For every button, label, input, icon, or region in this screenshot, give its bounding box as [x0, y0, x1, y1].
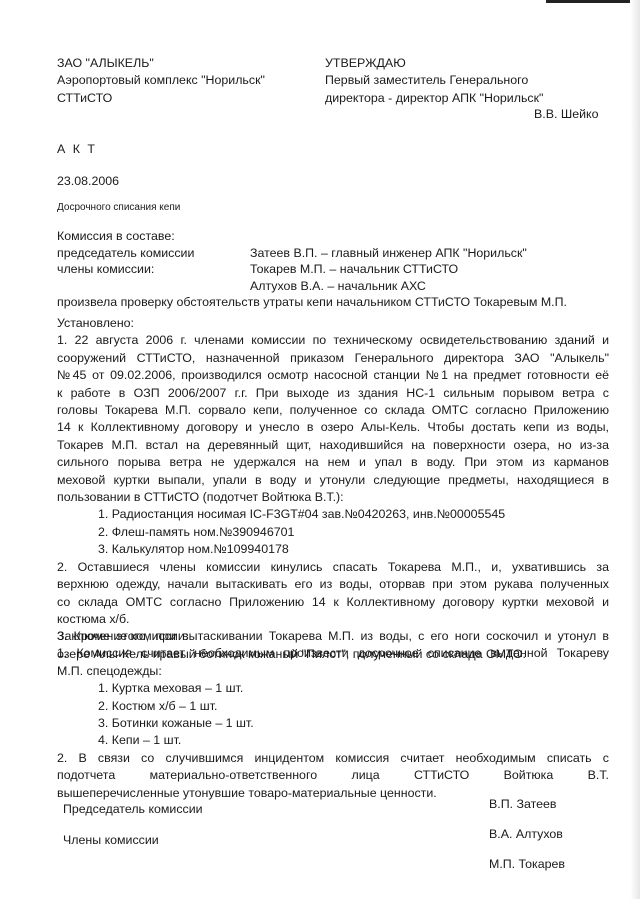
document-title: А К Т	[57, 142, 97, 156]
members-signature-label: Члены комиссии	[63, 833, 159, 847]
chair-member: Затеев В.П. – главный инженер АПК "Норил…	[250, 245, 527, 262]
lost-item: 2. Флеш-память ном.№390946701	[57, 524, 609, 541]
document-date: 23.08.2006	[57, 174, 119, 188]
finding-1-line: пользовании в СТТиСТО (подотчет Войтюка …	[57, 489, 609, 506]
finding-1-line: сооружений СТТиСТО, назначенной приказом…	[57, 350, 609, 367]
approval-title: УТВЕРЖДАЮ	[325, 55, 543, 72]
scan-artifact-bar	[546, 0, 630, 3]
conclusion-1-line: М.П. спецодежды:	[57, 663, 609, 680]
writeoff-item: 4. Кепи – 1 шт.	[57, 732, 609, 749]
finding-2-line: 2. Оставшиеся члены комиссии кинулись сп…	[57, 559, 609, 576]
writeoff-item: 3. Ботинки кожаные – 1 шт.	[57, 715, 609, 732]
signature-name-member: В.А. Алтухов	[489, 827, 563, 841]
conclusion-section: Заключение комиссии: 1. Комиссия считает…	[57, 628, 609, 802]
signature-name-member: М.П. Токарев	[489, 857, 565, 871]
writeoff-item: 1. Куртка меховая – 1 шт.	[57, 680, 609, 697]
org-name: ЗАО "АЛЫКЕЛЬ"	[57, 55, 265, 72]
finding-2-line: костюма х/б.	[57, 611, 609, 628]
finding-1-line: №45 от 09.02.2006, производился осмотр н…	[57, 367, 609, 384]
lost-item: 1. Радиостанция носимая IC-F3GT#04 зав.№…	[57, 506, 609, 523]
org-complex: Аэропортовый комплекс "Норильск"	[57, 72, 265, 89]
conclusion-2-line: 2. В связи со случившимся инцидентом ком…	[57, 750, 609, 767]
organization-block: ЗАО "АЛЫКЕЛЬ" Аэропортовый комплекс "Нор…	[57, 55, 265, 107]
finding-1-line: головы Токарева М.П. сорвало кепи, получ…	[57, 402, 609, 419]
findings-heading: Установлено:	[57, 315, 609, 332]
findings-section: Установлено: 1. 22 августа 2006 г. члена…	[57, 315, 609, 663]
approver-position-2: директора - директор АПК "Норильск"	[325, 90, 543, 107]
conclusion-2-line: подотчета материально-ответственного лиц…	[57, 767, 609, 784]
commission-block: Комиссия в составе: председатель комисси…	[57, 228, 597, 311]
approver-position-1: Первый заместитель Генерального	[325, 72, 543, 89]
approval-block: УТВЕРЖДАЮ Первый заместитель Генеральног…	[325, 55, 543, 107]
signature-name-chair: В.П. Затеев	[489, 797, 557, 811]
writeoff-item: 2. Костюм х/б – 1 шт.	[57, 698, 609, 715]
member-1: Токарев М.П. – начальник СТТиСТО	[250, 261, 458, 278]
member-2: Алтухов В.А. – начальник АХС	[250, 278, 426, 295]
finding-1-line: меховой куртки выпали, упали в воду и ут…	[57, 472, 609, 489]
org-department: СТТиСТО	[57, 90, 265, 107]
role-spacer	[57, 278, 250, 295]
finding-2-line: верхнюю одежду, начали вытаскивать его и…	[57, 576, 609, 593]
commission-heading: Комиссия в составе:	[57, 228, 175, 245]
commission-purpose: произвела проверку обстоятельств утраты …	[57, 294, 567, 311]
finding-2-line: со склада ОМТС согласно Приложению 14 к …	[57, 594, 609, 611]
finding-1-line: Токарев М.П. встал на деревянный щит, на…	[57, 437, 609, 454]
scan-edge-shadow	[630, 0, 640, 899]
chair-signature-label: Председатель комиссии	[63, 802, 203, 816]
approver-name: В.В. Шейко	[534, 107, 598, 121]
finding-1-line: 1. 22 августа 2006 г. членами комиссии п…	[57, 332, 609, 349]
finding-1-line: 14 к Коллективному договору и унесло в о…	[57, 419, 609, 436]
document-subject: Досрочного списания кепи	[57, 202, 180, 213]
chair-role-label: председатель комиссии	[57, 245, 250, 262]
conclusion-heading: Заключение комиссии:	[57, 628, 609, 645]
members-role-label: члены комиссии:	[57, 261, 250, 278]
conclusion-1-line: 1. Комиссия считает необходимым произвес…	[57, 645, 609, 662]
lost-item: 3. Калькулятор ном.№109940178	[57, 541, 609, 558]
finding-1-line: сильного порыва ветра не удержался на не…	[57, 454, 609, 471]
finding-1-line: к работе в ОЗП 2006/2007 г.г. При выходе…	[57, 385, 609, 402]
